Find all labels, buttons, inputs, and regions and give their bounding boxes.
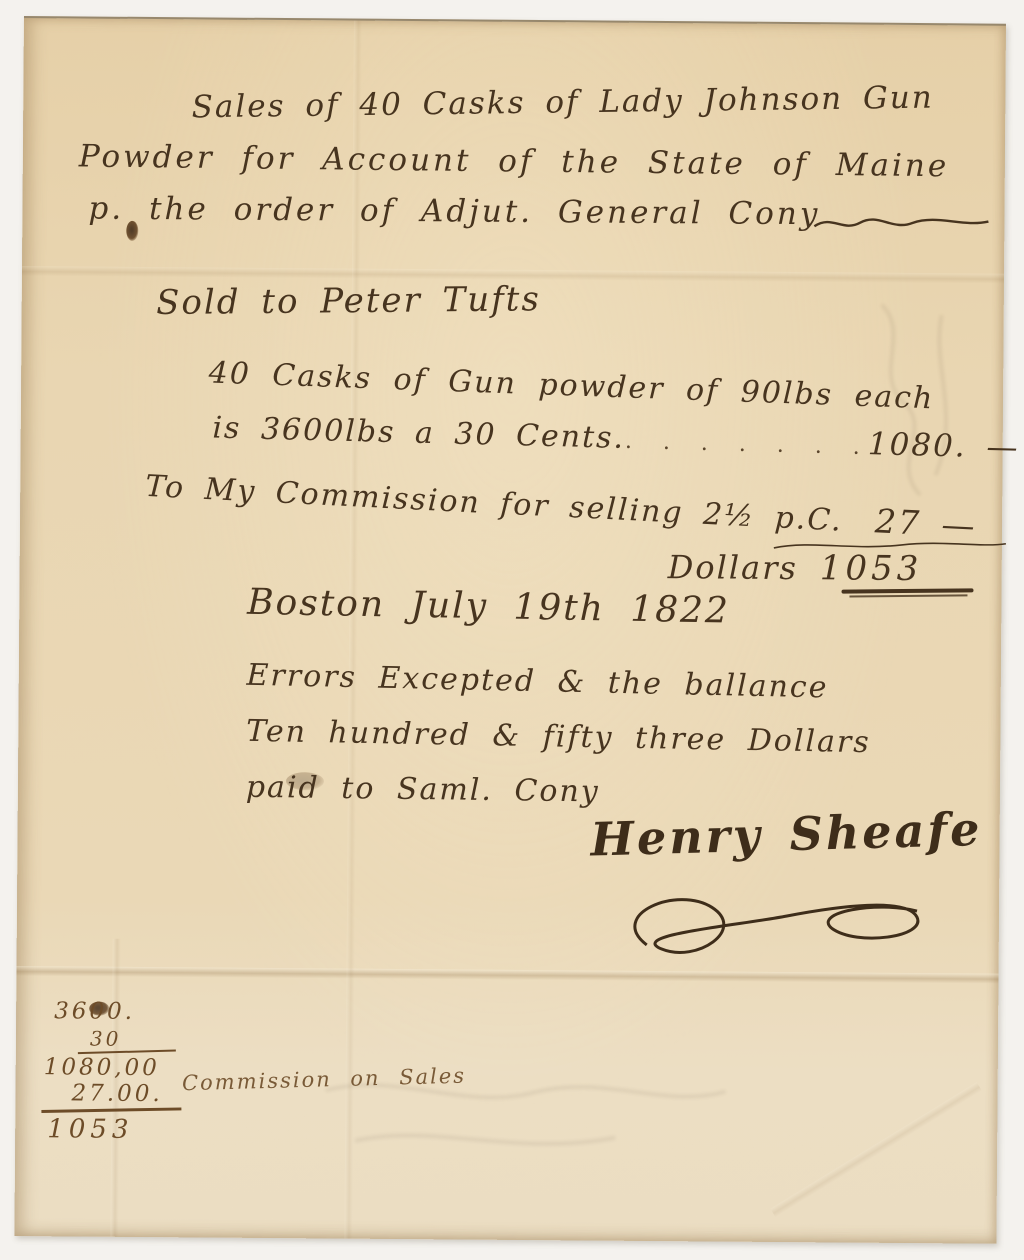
total-underline bbox=[841, 588, 973, 593]
total-label: Dollars bbox=[668, 548, 798, 587]
closing-line-2: Ten hundred & fifty three Dollars bbox=[246, 714, 871, 760]
sold-to-line: Sold to Peter Tufts bbox=[156, 279, 541, 323]
calc-multiplicand: 3600. bbox=[54, 998, 135, 1025]
heading-line-2: Powder for Account of the State of Maine bbox=[79, 138, 950, 184]
closing-line-1: Errors Excepted & the ballance bbox=[246, 658, 829, 706]
heading-line-1: Sales of 40 Casks of Lady Johnson Gun bbox=[191, 80, 933, 126]
heading-line-3: p. the order of Adjut. General Cony bbox=[88, 191, 820, 233]
calc-product: 1080,00 bbox=[44, 1054, 160, 1081]
corner-crease bbox=[770, 1082, 981, 1217]
total-underline-2 bbox=[849, 594, 967, 597]
dateline: Boston July 19th 1822 bbox=[247, 582, 730, 632]
fold-crease-lower bbox=[16, 966, 998, 984]
dots-leader: . . . . . . . bbox=[625, 429, 868, 460]
total-amount: 1053 bbox=[820, 548, 923, 589]
item-line-2: is 3600lbs a 30 Cents. bbox=[212, 410, 626, 455]
calc-commission: 27.00. bbox=[71, 1080, 162, 1107]
calc-multiplier: 30 bbox=[90, 1027, 122, 1051]
closing-line-3: paid to Saml. Cony bbox=[246, 770, 600, 810]
calc-rule-2 bbox=[41, 1107, 181, 1113]
paper-sheet: Sales of 40 Casks of Lady Johnson Gun Po… bbox=[14, 16, 1006, 1244]
signature: Henry Sheafe bbox=[590, 802, 983, 867]
heading-flourish bbox=[812, 210, 992, 237]
scanned-document: Sales of 40 Casks of Lady Johnson Gun Po… bbox=[0, 0, 1024, 1260]
calc-total: 1053 bbox=[47, 1114, 133, 1145]
commission-line: To My Commission for selling 2½ p.C. bbox=[145, 469, 844, 539]
item-line-1: 40 Casks of Gun powder of 90lbs each bbox=[208, 355, 935, 416]
signature-flourish bbox=[617, 885, 938, 968]
item-amount: 1080. — bbox=[867, 426, 1019, 466]
